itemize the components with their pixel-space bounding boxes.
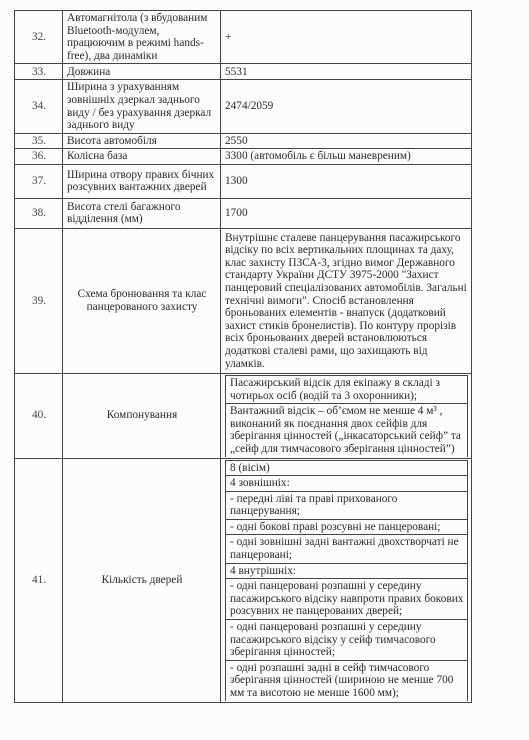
- row-parameter: Ширина отвору правих бічних розсувних ва…: [63, 164, 221, 198]
- doors-item: - одні бокові праві розсувні не панцеров…: [226, 519, 468, 535]
- row-value: Внутрішнє сталеве панцерування пасажирсь…: [221, 228, 472, 373]
- row-number: 41.: [15, 458, 63, 702]
- layout-item: Пасажирський відсік для екіпажу в складі…: [226, 375, 468, 403]
- doors-item: - одні зовнішні задні вантажні двохствор…: [226, 535, 468, 563]
- row-value-group: Пасажирський відсік для екіпажу в складі…: [221, 373, 472, 458]
- doors-item: - одні панцеровані розпашні у середину п…: [226, 620, 468, 661]
- row-parameter: Ширина з урахуванням зовнішніх дзеркал з…: [63, 80, 221, 133]
- table-row: 35. Висота автомобіля 2550: [15, 133, 472, 149]
- row-parameter: Схема бронювання та клас панцерованого з…: [63, 228, 221, 373]
- row-parameter: Довжина: [63, 64, 221, 80]
- table-row: 41. Кількість дверей 8 (вісім) 4 зовнішн…: [15, 458, 472, 702]
- layout-item: Вантажний відсік – об’ємом не менше 4 м³…: [226, 404, 468, 457]
- spec-table: 32. Автомагнітола (з вбудованим Bluetoot…: [14, 10, 472, 703]
- row-number: 32.: [15, 11, 63, 64]
- doors-item: - одні панцеровані розпашні у середину п…: [226, 579, 468, 620]
- row-value: 5531: [221, 64, 472, 80]
- row-value: 3300 (автомобіль є більш маневреним): [221, 149, 472, 165]
- doors-item: 4 внутрішніх:: [226, 563, 468, 579]
- table-row: 36. Колісна база 3300 (автомобіль є біль…: [15, 149, 472, 165]
- document-page: 32. Автомагнітола (з вбудованим Bluetoot…: [0, 0, 529, 740]
- row-number: 35.: [15, 133, 63, 149]
- row-parameter: Висота стелі багажного відділення (мм): [63, 198, 221, 228]
- row-number: 37.: [15, 164, 63, 198]
- row-value: 1700: [221, 198, 472, 228]
- row-parameter: Колісна база: [63, 149, 221, 165]
- table-row: 34. Ширина з урахуванням зовнішніх дзерк…: [15, 80, 472, 133]
- row-value: +: [221, 11, 472, 64]
- row-value: 1300: [221, 164, 472, 198]
- doors-item: - одні розпашні задні в сейф тимчасового…: [226, 660, 468, 700]
- row-parameter: Висота автомобіля: [63, 133, 221, 149]
- row-value: 2550: [221, 133, 472, 149]
- layout-subtable: Пасажирський відсік для екіпажу в складі…: [225, 375, 468, 457]
- table-row: 32. Автомагнітола (з вбудованим Bluetoot…: [15, 11, 472, 64]
- row-number: 36.: [15, 149, 63, 165]
- doors-item: - передні ліві та праві прихованого панц…: [226, 491, 468, 519]
- row-number: 39.: [15, 228, 63, 373]
- table-row: 39. Схема бронювання та клас панцеровано…: [15, 228, 472, 373]
- doors-item: 4 зовнішніх:: [226, 476, 468, 492]
- row-parameter: Компонування: [63, 373, 221, 458]
- table-row: 33. Довжина 5531: [15, 64, 472, 80]
- table-row: 38. Висота стелі багажного відділення (м…: [15, 198, 472, 228]
- row-number: 38.: [15, 198, 63, 228]
- row-number: 33.: [15, 64, 63, 80]
- row-number: 40.: [15, 373, 63, 458]
- table-row: 37. Ширина отвору правих бічних розсувни…: [15, 164, 472, 198]
- doors-item: 8 (вісім): [226, 460, 468, 476]
- row-value-group: 8 (вісім) 4 зовнішніх: - передні ліві та…: [221, 458, 472, 702]
- table-row: 40. Компонування Пасажирський відсік для…: [15, 373, 472, 458]
- row-value: 2474/2059: [221, 80, 472, 133]
- doors-subtable: 8 (вісім) 4 зовнішніх: - передні ліві та…: [225, 460, 468, 701]
- row-parameter: Кількість дверей: [63, 458, 221, 702]
- row-parameter: Автомагнітола (з вбудованим Bluetooth-мо…: [63, 11, 221, 64]
- row-number: 34.: [15, 80, 63, 133]
